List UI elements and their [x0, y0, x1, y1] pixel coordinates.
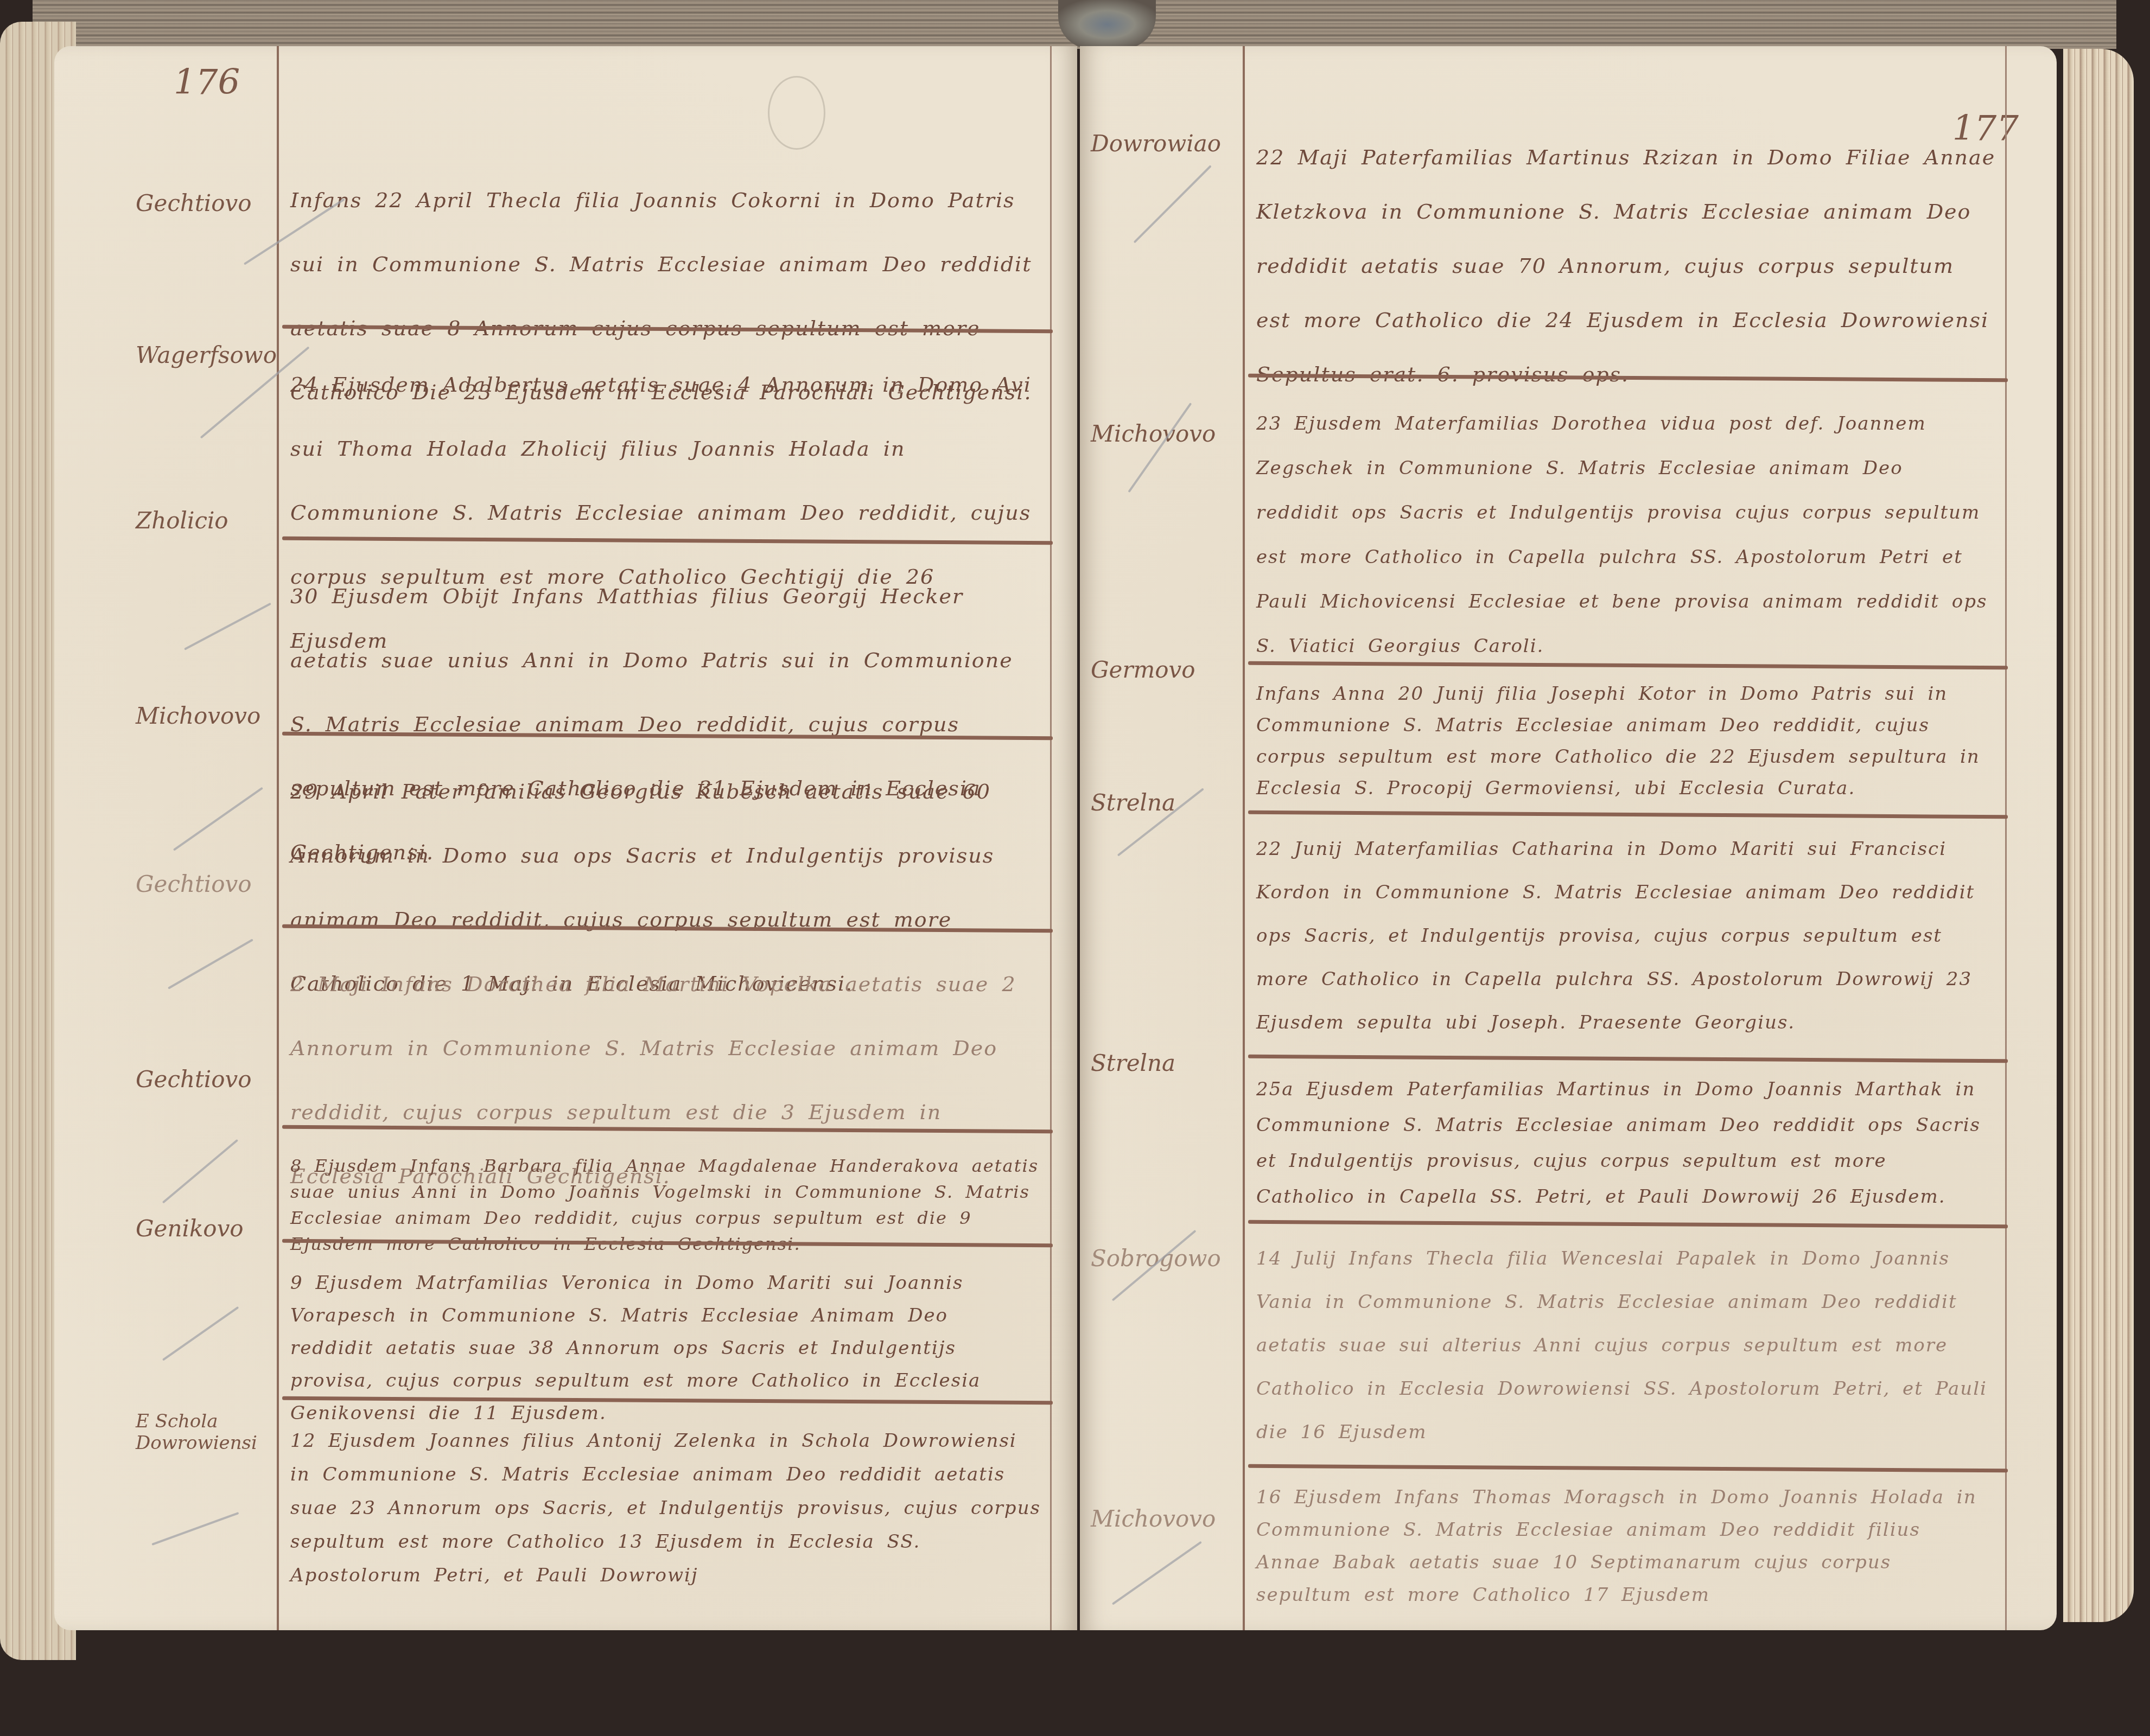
register-entry: 29 April Pater familias Georgius Kubesch…: [282, 738, 1047, 930]
entry-text: 16 Ejusdem Infans Thomas Moragsch in Dom…: [1248, 1470, 2002, 1611]
outer-rule: [2005, 46, 2007, 1630]
register-entry: 12 Ejusdem Joannes filius Antonij Zelenk…: [282, 1402, 1047, 1581]
margin-rule: [277, 46, 279, 1630]
register-entry: 25a Ejusdem Paterfamilias Martinus in Do…: [1248, 1061, 2002, 1226]
pencil-mark: [168, 939, 253, 989]
binding-thread: [1058, 0, 1156, 49]
place-name: Gechtiovo: [136, 190, 274, 216]
right-page-stack: [2063, 49, 2134, 1622]
pencil-mark: [1134, 165, 1212, 243]
entry-text: 22 Maji Paterfamilias Martinus Rzizan in…: [1248, 108, 2002, 401]
page-number: 176: [174, 62, 240, 103]
pencil-mark: [184, 603, 271, 650]
faint-stamp: [768, 76, 825, 150]
register-entry: 22 Maji Paterfamilias Martinus Rzizan in…: [1248, 108, 2002, 380]
pencil-mark: [1128, 403, 1192, 493]
place-name: Genikovo: [136, 1215, 274, 1242]
place-name: E Schola Dowrowiensi: [136, 1410, 274, 1454]
place-name: Michovovo: [1091, 420, 1240, 447]
place-name: Strelna: [1091, 1050, 1240, 1076]
entry-text: Infans Anna 20 Junij filia Josephi Kotor…: [1248, 667, 2002, 804]
register-entry: 8 Ejusdem Infans Barbara filia Annae Mag…: [282, 1131, 1047, 1245]
pencil-mark: [173, 787, 263, 851]
register-entry: 30 Ejusdem Obijt Infans Matthias filius …: [282, 542, 1047, 738]
left-page: 176 Gechtiovo Infans 22 April Thecla fil…: [54, 46, 1077, 1630]
register-entry: 9 Ejusdem Matrfamilias Veronica in Domo …: [282, 1245, 1047, 1402]
register-entry: 14 Julij Infans Thecla filia Wenceslai P…: [1248, 1226, 2002, 1470]
entry-text: 25a Ejusdem Paterfamilias Martinus in Do…: [1248, 1061, 2002, 1215]
register-entry: 22 Junij Materfamilias Catharina in Domo…: [1248, 816, 2002, 1061]
right-page: 177 Dowrowiao 22 Maji Paterfamilias Mart…: [1080, 46, 2057, 1630]
register-entry: 16 Ejusdem Infans Thomas Moragsch in Dom…: [1248, 1470, 2002, 1633]
place-name: Strelna: [1091, 789, 1240, 816]
place-name: Dowrowiao: [1091, 130, 1240, 157]
margin-rule: [1243, 46, 1245, 1630]
register-entry: Infans 22 April Thecla filia Joannis Cok…: [282, 146, 1047, 331]
open-register-book: 176 Gechtiovo Infans 22 April Thecla fil…: [0, 0, 2150, 1736]
pencil-mark: [151, 1512, 239, 1546]
pencil-mark: [1112, 1541, 1202, 1605]
register-entry: Infans Anna 20 Junij filia Josephi Kotor…: [1248, 667, 2002, 816]
register-entry: 2 Maji Infans Dorothea filia Martini Vop…: [282, 930, 1047, 1131]
entry-text: 22 Junij Materfamilias Catharina in Domo…: [1248, 816, 2002, 1044]
place-name: Michovovo: [136, 703, 274, 729]
place-name: Gechtiovo: [136, 1066, 274, 1093]
place-name: Wagerfsowo: [136, 342, 274, 368]
place-name: Germovo: [1091, 656, 1240, 683]
place-name: Zholicio: [136, 507, 274, 534]
outer-rule: [1050, 46, 1052, 1630]
register-entry: 24 Ejusdem Adalbertus aetatis suae 4 Ann…: [282, 331, 1047, 542]
pencil-mark: [162, 1306, 239, 1361]
entry-text: 23 Ejusdem Materfamilias Dorothea vidua …: [1248, 380, 2002, 668]
register-entry: 23 Ejusdem Materfamilias Dorothea vidua …: [1248, 380, 2002, 667]
place-name: Gechtiovo: [136, 871, 274, 897]
entry-text: 8 Ejusdem Infans Barbara filia Annae Mag…: [282, 1131, 1047, 1257]
entry-text: 12 Ejusdem Joannes filius Antonij Zelenk…: [282, 1402, 1047, 1592]
pencil-mark: [162, 1139, 238, 1204]
place-name: Michovovo: [1091, 1505, 1240, 1532]
place-name: Sobrogowo: [1091, 1245, 1240, 1272]
entry-text: 14 Julij Infans Thecla filia Wenceslai P…: [1248, 1226, 2002, 1454]
